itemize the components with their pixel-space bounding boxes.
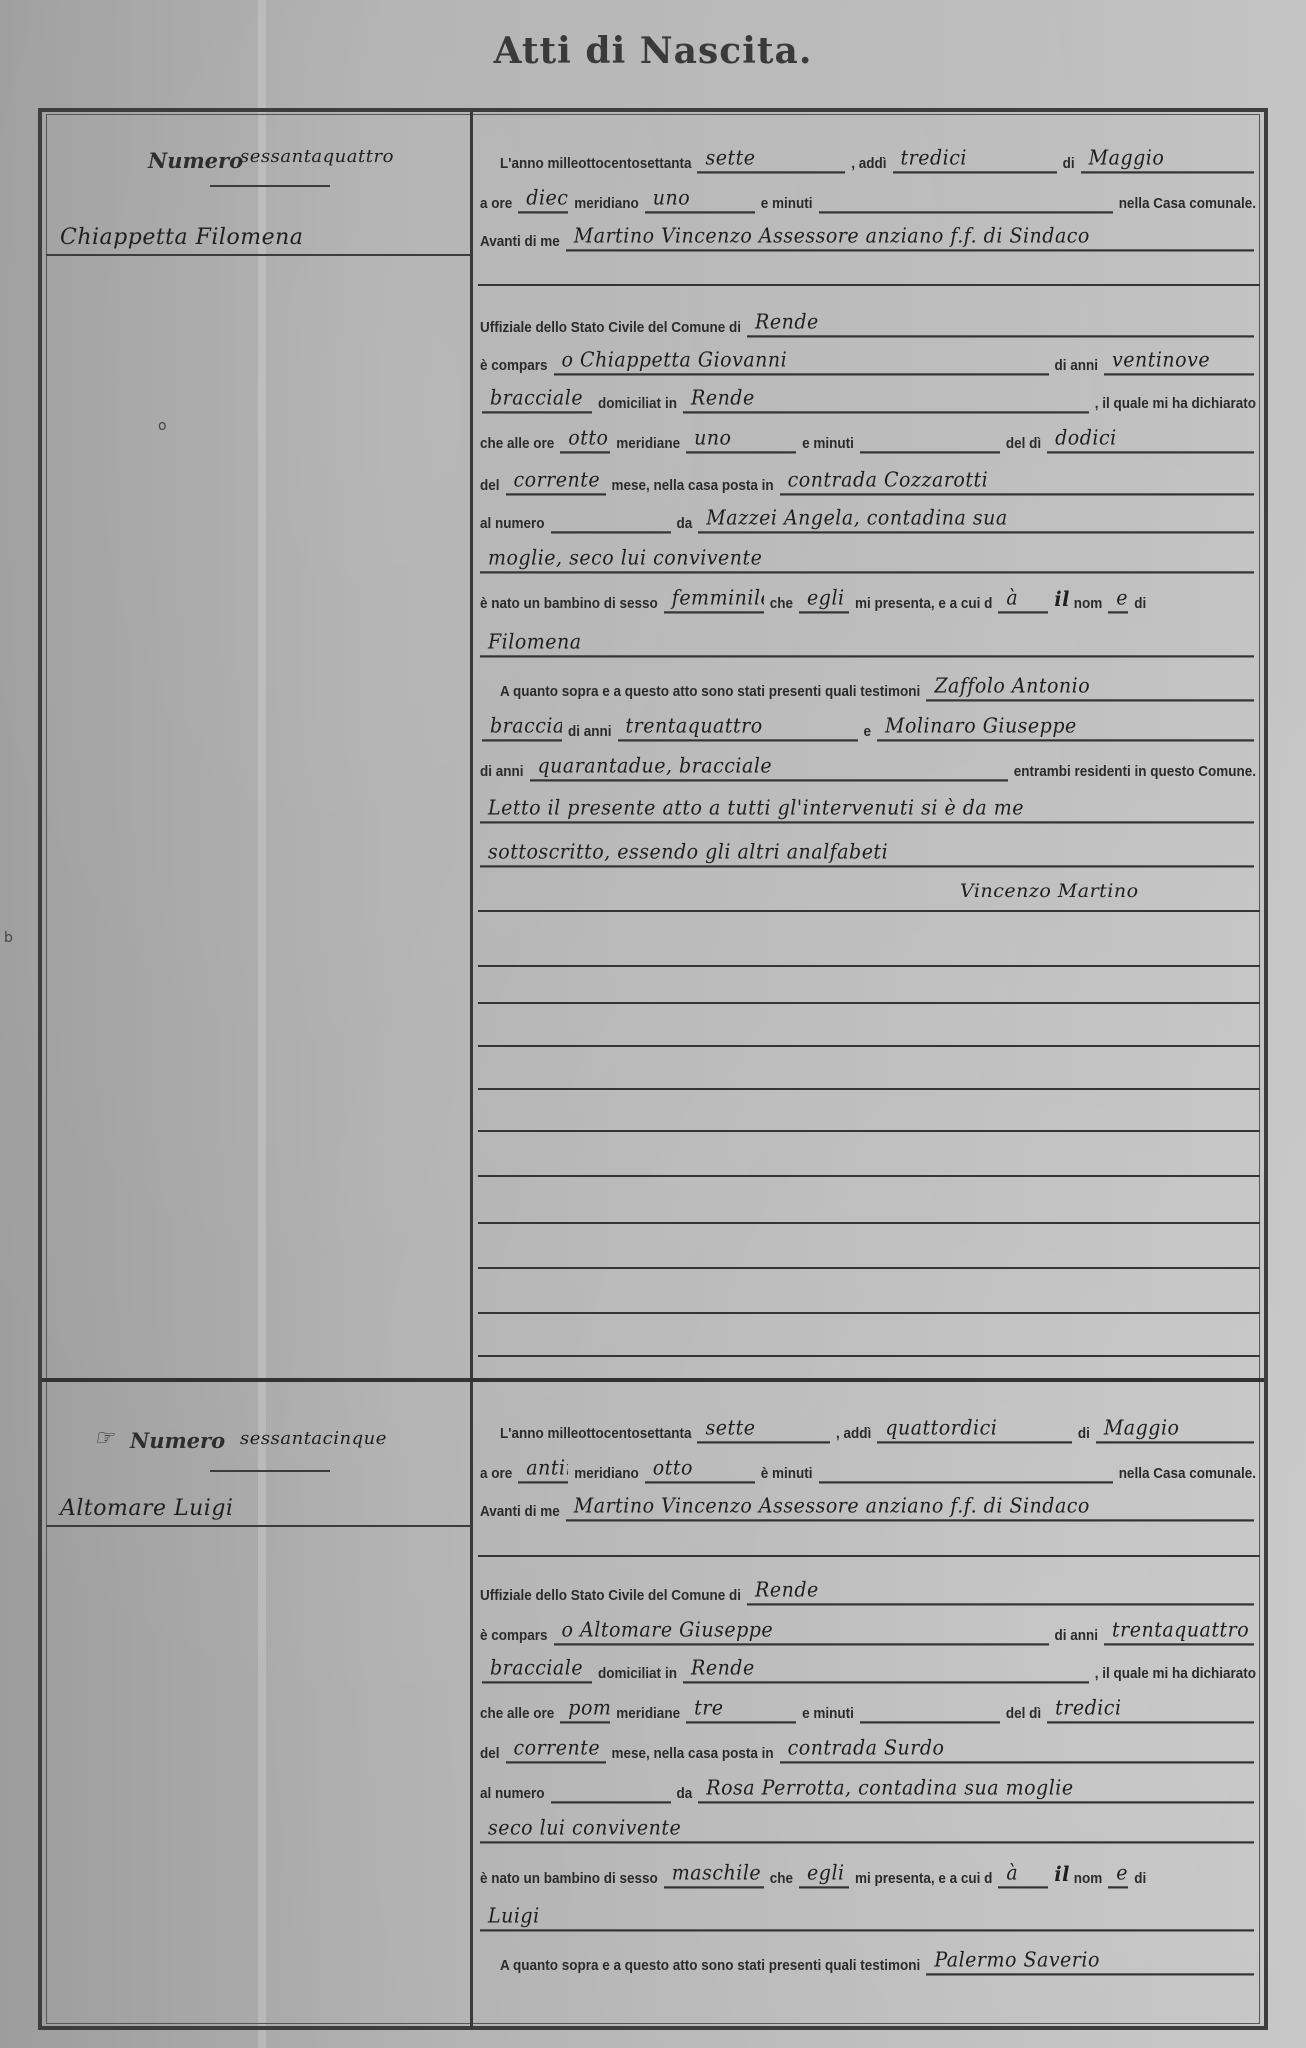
ruled-line xyxy=(478,1222,1260,1224)
margin-mark: o xyxy=(158,418,167,434)
line-testimoni: A quanto sopra e a questo atto sono stat… xyxy=(500,666,1260,703)
pointing-hand-mark: ☞ xyxy=(94,1426,114,1451)
numero-underline xyxy=(210,185,330,187)
domicilio-field: Rende xyxy=(683,383,1089,414)
numero-label: Numero xyxy=(148,148,243,173)
ruled-line xyxy=(478,1088,1260,1090)
line-numero-da: al numero da Mazzei Angela, contadina su… xyxy=(480,498,1260,535)
line-ore: a ore dieci meridiano uno e minuti nella… xyxy=(480,178,1260,215)
mese-field: Maggio xyxy=(1081,143,1254,174)
column-divider xyxy=(470,110,473,2028)
professione-field: bracciale xyxy=(482,383,592,414)
numero-value: sessantaquattro xyxy=(240,146,394,167)
line-ore: a ore antim meridiano otto è minuti nell… xyxy=(480,1448,1260,1485)
child-name-margin: Altomare Luigi xyxy=(60,1496,233,1521)
line-testimone-1: bracciale di anni trentaquattro e Molina… xyxy=(480,706,1260,743)
line-compars: è compars o Chiappetta Giovanni di anni … xyxy=(480,340,1260,377)
name-underline xyxy=(46,1525,470,1527)
line-closing-1: Letto il presente atto a tutti gl'interv… xyxy=(480,788,1260,825)
line-testimoni: A quanto sopra e a questo atto sono stat… xyxy=(500,1940,1260,1977)
ruled-line xyxy=(478,1312,1260,1314)
page-title: Atti di Nascita. xyxy=(0,30,1306,72)
line-da-cont: seco lui convivente xyxy=(480,1808,1260,1845)
line-numero-da: al numero da Rosa Perrotta, contadina su… xyxy=(480,1768,1260,1805)
line-nome: Luigi xyxy=(480,1896,1260,1933)
anno-label: L'anno milleottocentosettanta xyxy=(500,155,695,176)
ruled-line xyxy=(478,965,1260,967)
di-label: di xyxy=(1063,155,1079,176)
line-anno: L'anno milleottocentosettanta sette , ad… xyxy=(500,1408,1260,1445)
meridiano-field: uno xyxy=(645,183,755,214)
ruled-line xyxy=(478,1175,1260,1177)
numero-underline xyxy=(210,1470,330,1472)
ruled-line xyxy=(478,1355,1260,1357)
child-name-field: Filomena xyxy=(480,627,1254,658)
ruled-line xyxy=(478,1130,1260,1132)
anni-field: ventinove xyxy=(1104,345,1254,376)
line-casa: del corrente mese, nella casa posta in c… xyxy=(480,1728,1260,1765)
ruled-line xyxy=(478,1267,1260,1269)
compars-field: o Chiappetta Giovanni xyxy=(554,345,1049,376)
line-avanti: Avanti di me Martino Vincenzo Assessore … xyxy=(480,1486,1260,1523)
line-nome: Filomena xyxy=(480,622,1260,659)
official-signature: Vincenzo Martino xyxy=(960,880,1139,902)
ruled-line xyxy=(478,1045,1260,1047)
ruled-line xyxy=(478,1555,1260,1557)
ruled-line xyxy=(478,910,1260,912)
ruled-line xyxy=(478,1002,1260,1004)
line-uffiziale: Uffiziale dello Stato Civile del Comune … xyxy=(480,302,1260,339)
addi-field: tredici xyxy=(893,143,1057,174)
line-compars: è compars o Altomare Giuseppe di anni tr… xyxy=(480,1610,1260,1647)
addi-label: , addì xyxy=(851,155,890,176)
line-casa: del corrente mese, nella casa posta in c… xyxy=(480,460,1260,497)
line-testimone-2: di anni quarantadue, bracciale entrambi … xyxy=(480,746,1260,783)
line-che-ore: che alle ore pom meridiane tre e minuti … xyxy=(480,1688,1260,1725)
line-anno: L'anno milleottocentosettanta sette , ad… xyxy=(500,138,1260,175)
name-underline xyxy=(46,254,470,256)
margin-mark: b xyxy=(4,930,13,946)
line-nato: è nato un bambino di sesso femminile che… xyxy=(480,578,1260,615)
anno-field: sette xyxy=(697,143,845,174)
line-che-ore: che alle ore otto meridiane uno e minuti… xyxy=(480,418,1260,455)
comune-field: Rende xyxy=(747,307,1254,338)
line-da-cont: moglie, seco lui convivente xyxy=(480,538,1260,575)
avanti-field: Martino Vincenzo Assessore anziano f.f. … xyxy=(566,221,1254,252)
minuti-field xyxy=(819,183,1113,214)
record-divider xyxy=(42,1378,1264,1382)
line-closing-2: sottoscritto, essendo gli altri analfabe… xyxy=(480,832,1260,869)
line-domicilio: bracciale domiciliat in Rende , il quale… xyxy=(480,378,1260,415)
child-name-margin: Chiappetta Filomena xyxy=(60,225,303,250)
line-uffiziale: Uffiziale dello Stato Civile del Comune … xyxy=(480,1570,1260,1607)
line-nato: è nato un bambino di sesso maschile che … xyxy=(480,1853,1260,1890)
line-avanti: Avanti di me Martino Vincenzo Assessore … xyxy=(480,216,1260,253)
ruled-line xyxy=(478,284,1260,286)
numero-label: Numero xyxy=(130,1428,225,1453)
numero-value: sessantacinque xyxy=(240,1428,387,1449)
ore-field: dieci xyxy=(518,183,568,214)
line-domicilio: bracciale domiciliat in Rende , il quale… xyxy=(480,1648,1260,1685)
